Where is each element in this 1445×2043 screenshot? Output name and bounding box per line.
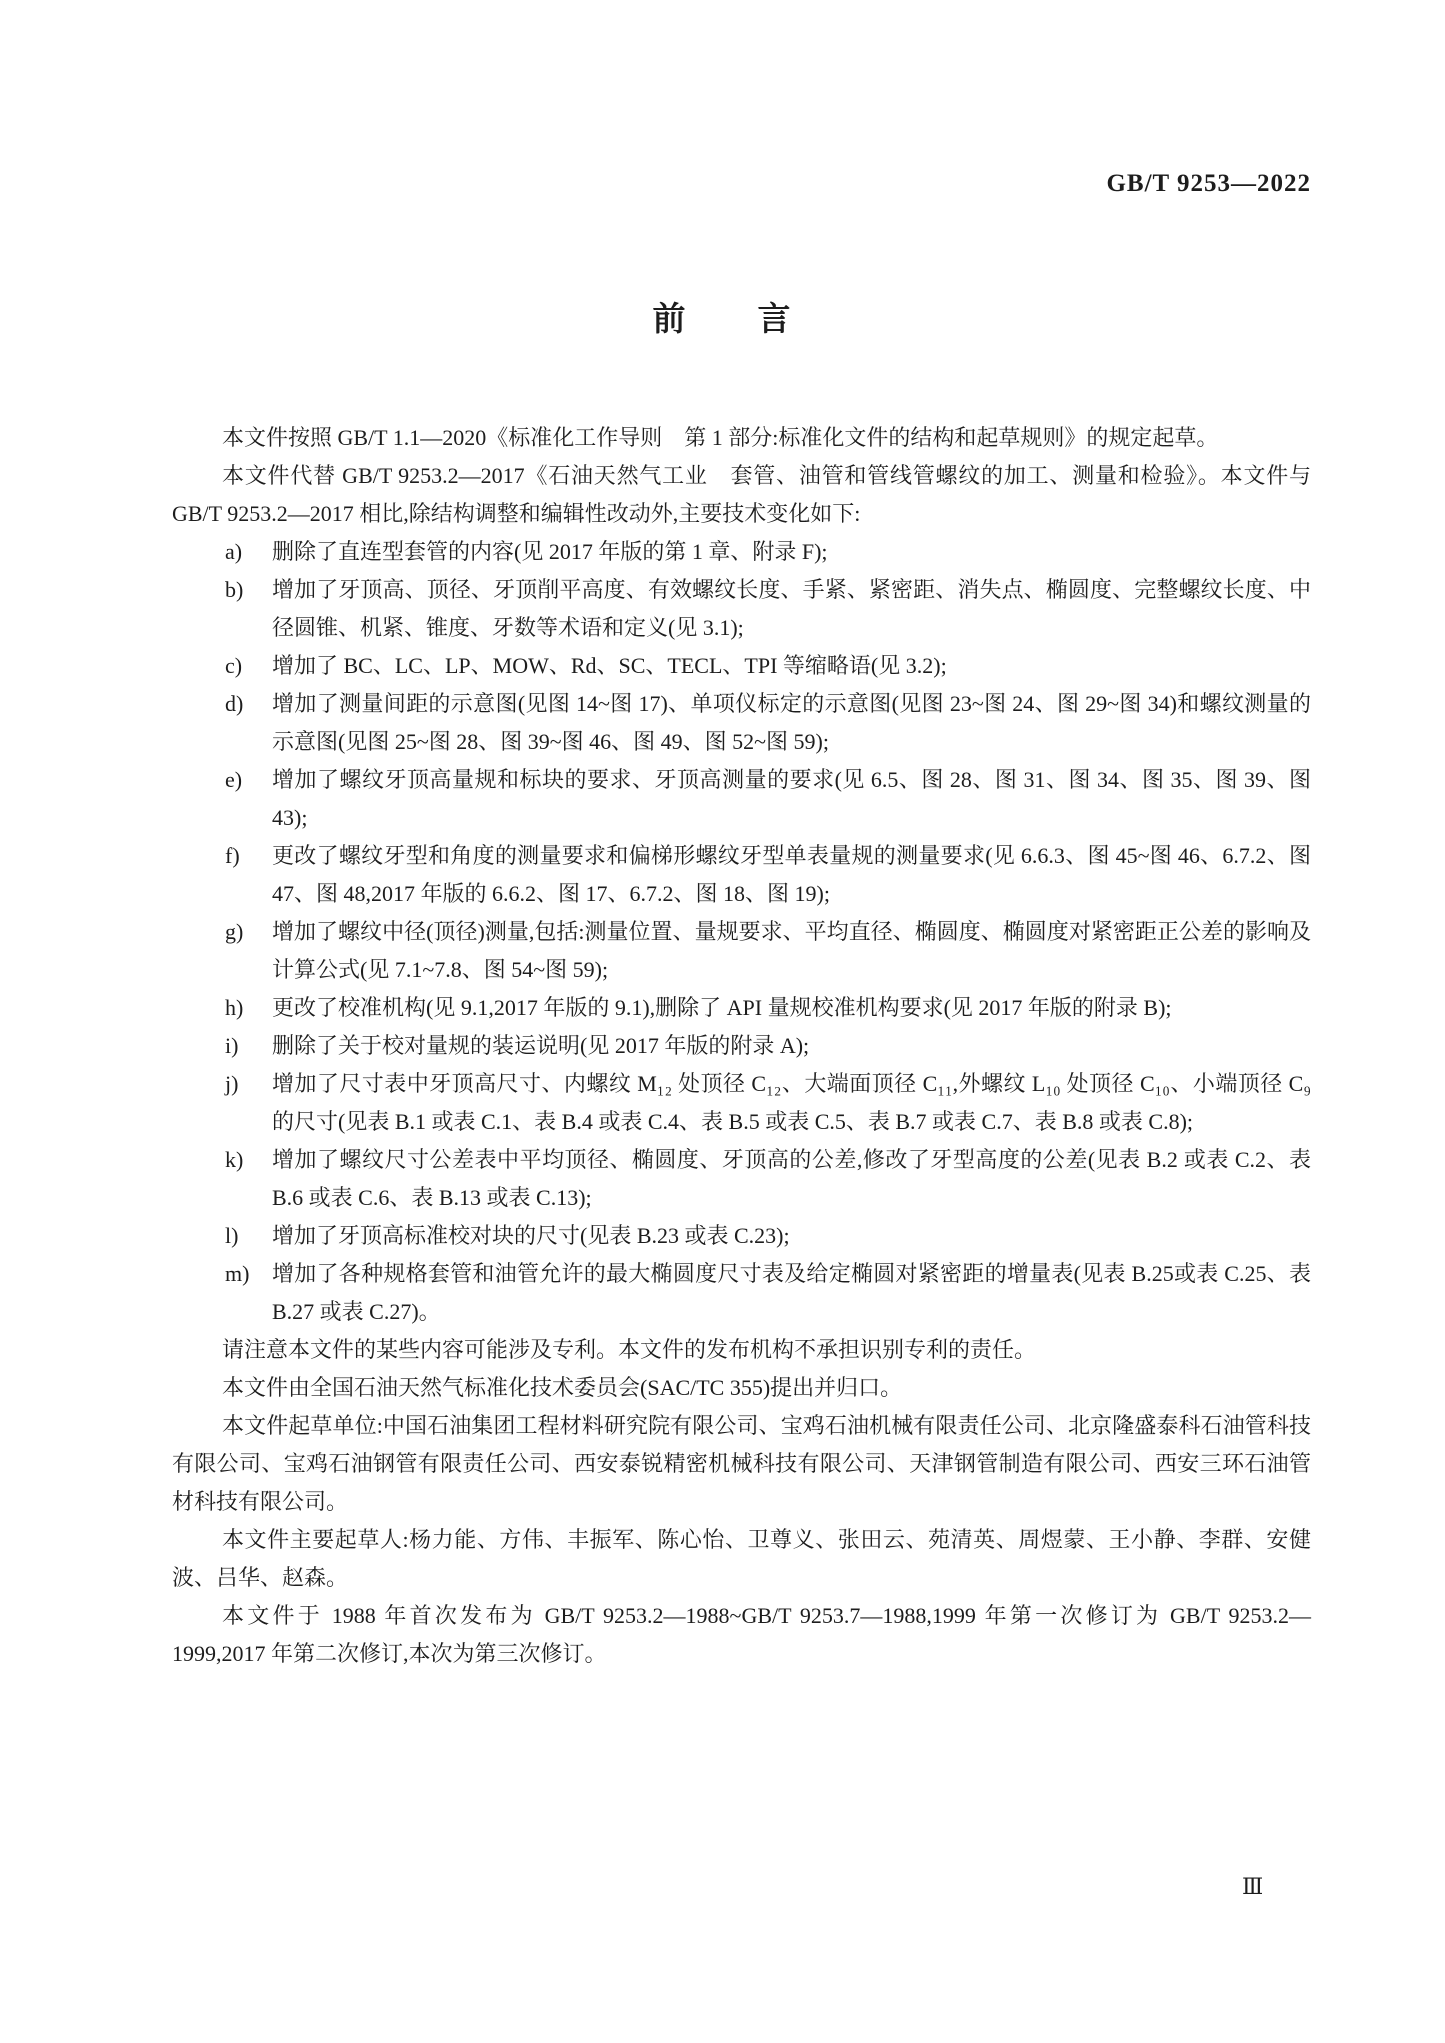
change-item: i) 删除了关于校对量规的装运说明(见 2017 年版的附录 A);: [172, 1027, 1311, 1065]
document-page: GB/T 9253—2022 前 言 本文件按照 GB/T 1.1—2020《标…: [0, 0, 1445, 2043]
change-item-label: k): [225, 1141, 243, 1179]
change-item: h) 更改了校准机构(见 9.1,2017 年版的 9.1),删除了 API 量…: [172, 989, 1311, 1027]
change-item-label: c): [225, 647, 242, 685]
change-item-label: a): [225, 533, 242, 571]
change-item-text: 增加了牙顶高、顶径、牙顶削平高度、有效螺纹长度、手紧、紧密距、消失点、椭圆度、完…: [272, 577, 1311, 640]
change-item-text: 增加了螺纹中径(顶径)测量,包括:测量位置、量规要求、平均直径、椭圆度、椭圆度对…: [272, 919, 1311, 982]
change-item: c) 增加了 BC、LC、LP、MOW、Rd、SC、TECL、TPI 等缩略语(…: [172, 647, 1311, 685]
change-item-label: g): [225, 913, 243, 951]
change-item: m) 增加了各种规格套管和油管允许的最大椭圆度尺寸表及给定椭圆对紧密距的增量表(…: [172, 1255, 1311, 1331]
change-item: f) 更改了螺纹牙型和角度的测量要求和偏梯形螺纹牙型单表量规的测量要求(见 6.…: [172, 837, 1311, 913]
closing-paragraph: 本文件起草单位:中国石油集团工程材料研究院有限公司、宝鸡石油机械有限责任公司、北…: [172, 1407, 1311, 1521]
standard-number: GB/T 9253—2022: [172, 170, 1311, 198]
closing-paragraph: 请注意本文件的某些内容可能涉及专利。本文件的发布机构不承担识别专利的责任。: [172, 1331, 1311, 1369]
change-item-text: 增加了尺寸表中牙顶高尺寸、内螺纹 M₁₂ 处顶径 C₁₂、大端面顶径 C₁₁,外…: [272, 1071, 1311, 1134]
change-item: l) 增加了牙顶高标准校对块的尺寸(见表 B.23 或表 C.23);: [172, 1217, 1311, 1255]
foreword-content: 本文件按照 GB/T 1.1—2020《标准化工作导则 第 1 部分:标准化文件…: [172, 419, 1311, 1673]
change-item-text: 增加了各种规格套管和油管允许的最大椭圆度尺寸表及给定椭圆对紧密距的增量表(见表 …: [272, 1261, 1311, 1324]
change-item: a) 删除了直连型套管的内容(见 2017 年版的第 1 章、附录 F);: [172, 533, 1311, 571]
change-item-label: j): [225, 1065, 238, 1103]
change-item: e) 增加了螺纹牙顶高量规和标块的要求、牙顶高测量的要求(见 6.5、图 28、…: [172, 761, 1311, 837]
change-item-text: 删除了直连型套管的内容(见 2017 年版的第 1 章、附录 F);: [272, 539, 828, 564]
page-number: Ⅲ: [1242, 1874, 1263, 1900]
closing-paragraph: 本文件主要起草人:杨力能、方伟、丰振军、陈心怡、卫尊义、张田云、苑清英、周煜蒙、…: [172, 1521, 1311, 1597]
change-item-text: 更改了校准机构(见 9.1,2017 年版的 9.1),删除了 API 量规校准…: [272, 995, 1172, 1020]
change-item-label: i): [225, 1027, 238, 1065]
closing-paragraph: 本文件于 1988 年首次发布为 GB/T 9253.2—1988~GB/T 9…: [172, 1597, 1311, 1673]
change-item-label: h): [225, 989, 243, 1027]
change-item-label: b): [225, 571, 243, 609]
change-item-text: 更改了螺纹牙型和角度的测量要求和偏梯形螺纹牙型单表量规的测量要求(见 6.6.3…: [272, 843, 1311, 906]
change-item-text: 删除了关于校对量规的装运说明(见 2017 年版的附录 A);: [272, 1033, 809, 1058]
change-item-text: 增加了螺纹牙顶高量规和标块的要求、牙顶高测量的要求(见 6.5、图 28、图 3…: [272, 767, 1311, 830]
change-item: k) 增加了螺纹尺寸公差表中平均顶径、椭圆度、牙顶高的公差,修改了牙型高度的公差…: [172, 1141, 1311, 1217]
change-item-label: e): [225, 761, 242, 799]
change-item-text: 增加了螺纹尺寸公差表中平均顶径、椭圆度、牙顶高的公差,修改了牙型高度的公差(见表…: [272, 1147, 1311, 1210]
page-title: 前 言: [0, 293, 1445, 340]
intro-paragraph: 本文件代替 GB/T 9253.2—2017《石油天然气工业 套管、油管和管线管…: [172, 457, 1311, 533]
change-item: b) 增加了牙顶高、顶径、牙顶削平高度、有效螺纹长度、手紧、紧密距、消失点、椭圆…: [172, 571, 1311, 647]
change-item-text: 增加了测量间距的示意图(见图 14~图 17)、单项仪标定的示意图(见图 23~…: [272, 691, 1311, 754]
change-item-text: 增加了 BC、LC、LP、MOW、Rd、SC、TECL、TPI 等缩略语(见 3…: [272, 653, 947, 678]
change-item-label: f): [225, 837, 240, 875]
change-item-label: m): [225, 1255, 249, 1293]
intro-paragraph: 本文件按照 GB/T 1.1—2020《标准化工作导则 第 1 部分:标准化文件…: [172, 419, 1311, 457]
closing-paragraph: 本文件由全国石油天然气标准化技术委员会(SAC/TC 355)提出并归口。: [172, 1369, 1311, 1407]
change-item-text: 增加了牙顶高标准校对块的尺寸(见表 B.23 或表 C.23);: [272, 1223, 790, 1248]
change-item-label: l): [225, 1217, 238, 1255]
change-item-label: d): [225, 685, 243, 723]
change-item: d) 增加了测量间距的示意图(见图 14~图 17)、单项仪标定的示意图(见图 …: [172, 685, 1311, 761]
change-item: j) 增加了尺寸表中牙顶高尺寸、内螺纹 M₁₂ 处顶径 C₁₂、大端面顶径 C₁…: [172, 1065, 1311, 1141]
change-item: g) 增加了螺纹中径(顶径)测量,包括:测量位置、量规要求、平均直径、椭圆度、椭…: [172, 913, 1311, 989]
